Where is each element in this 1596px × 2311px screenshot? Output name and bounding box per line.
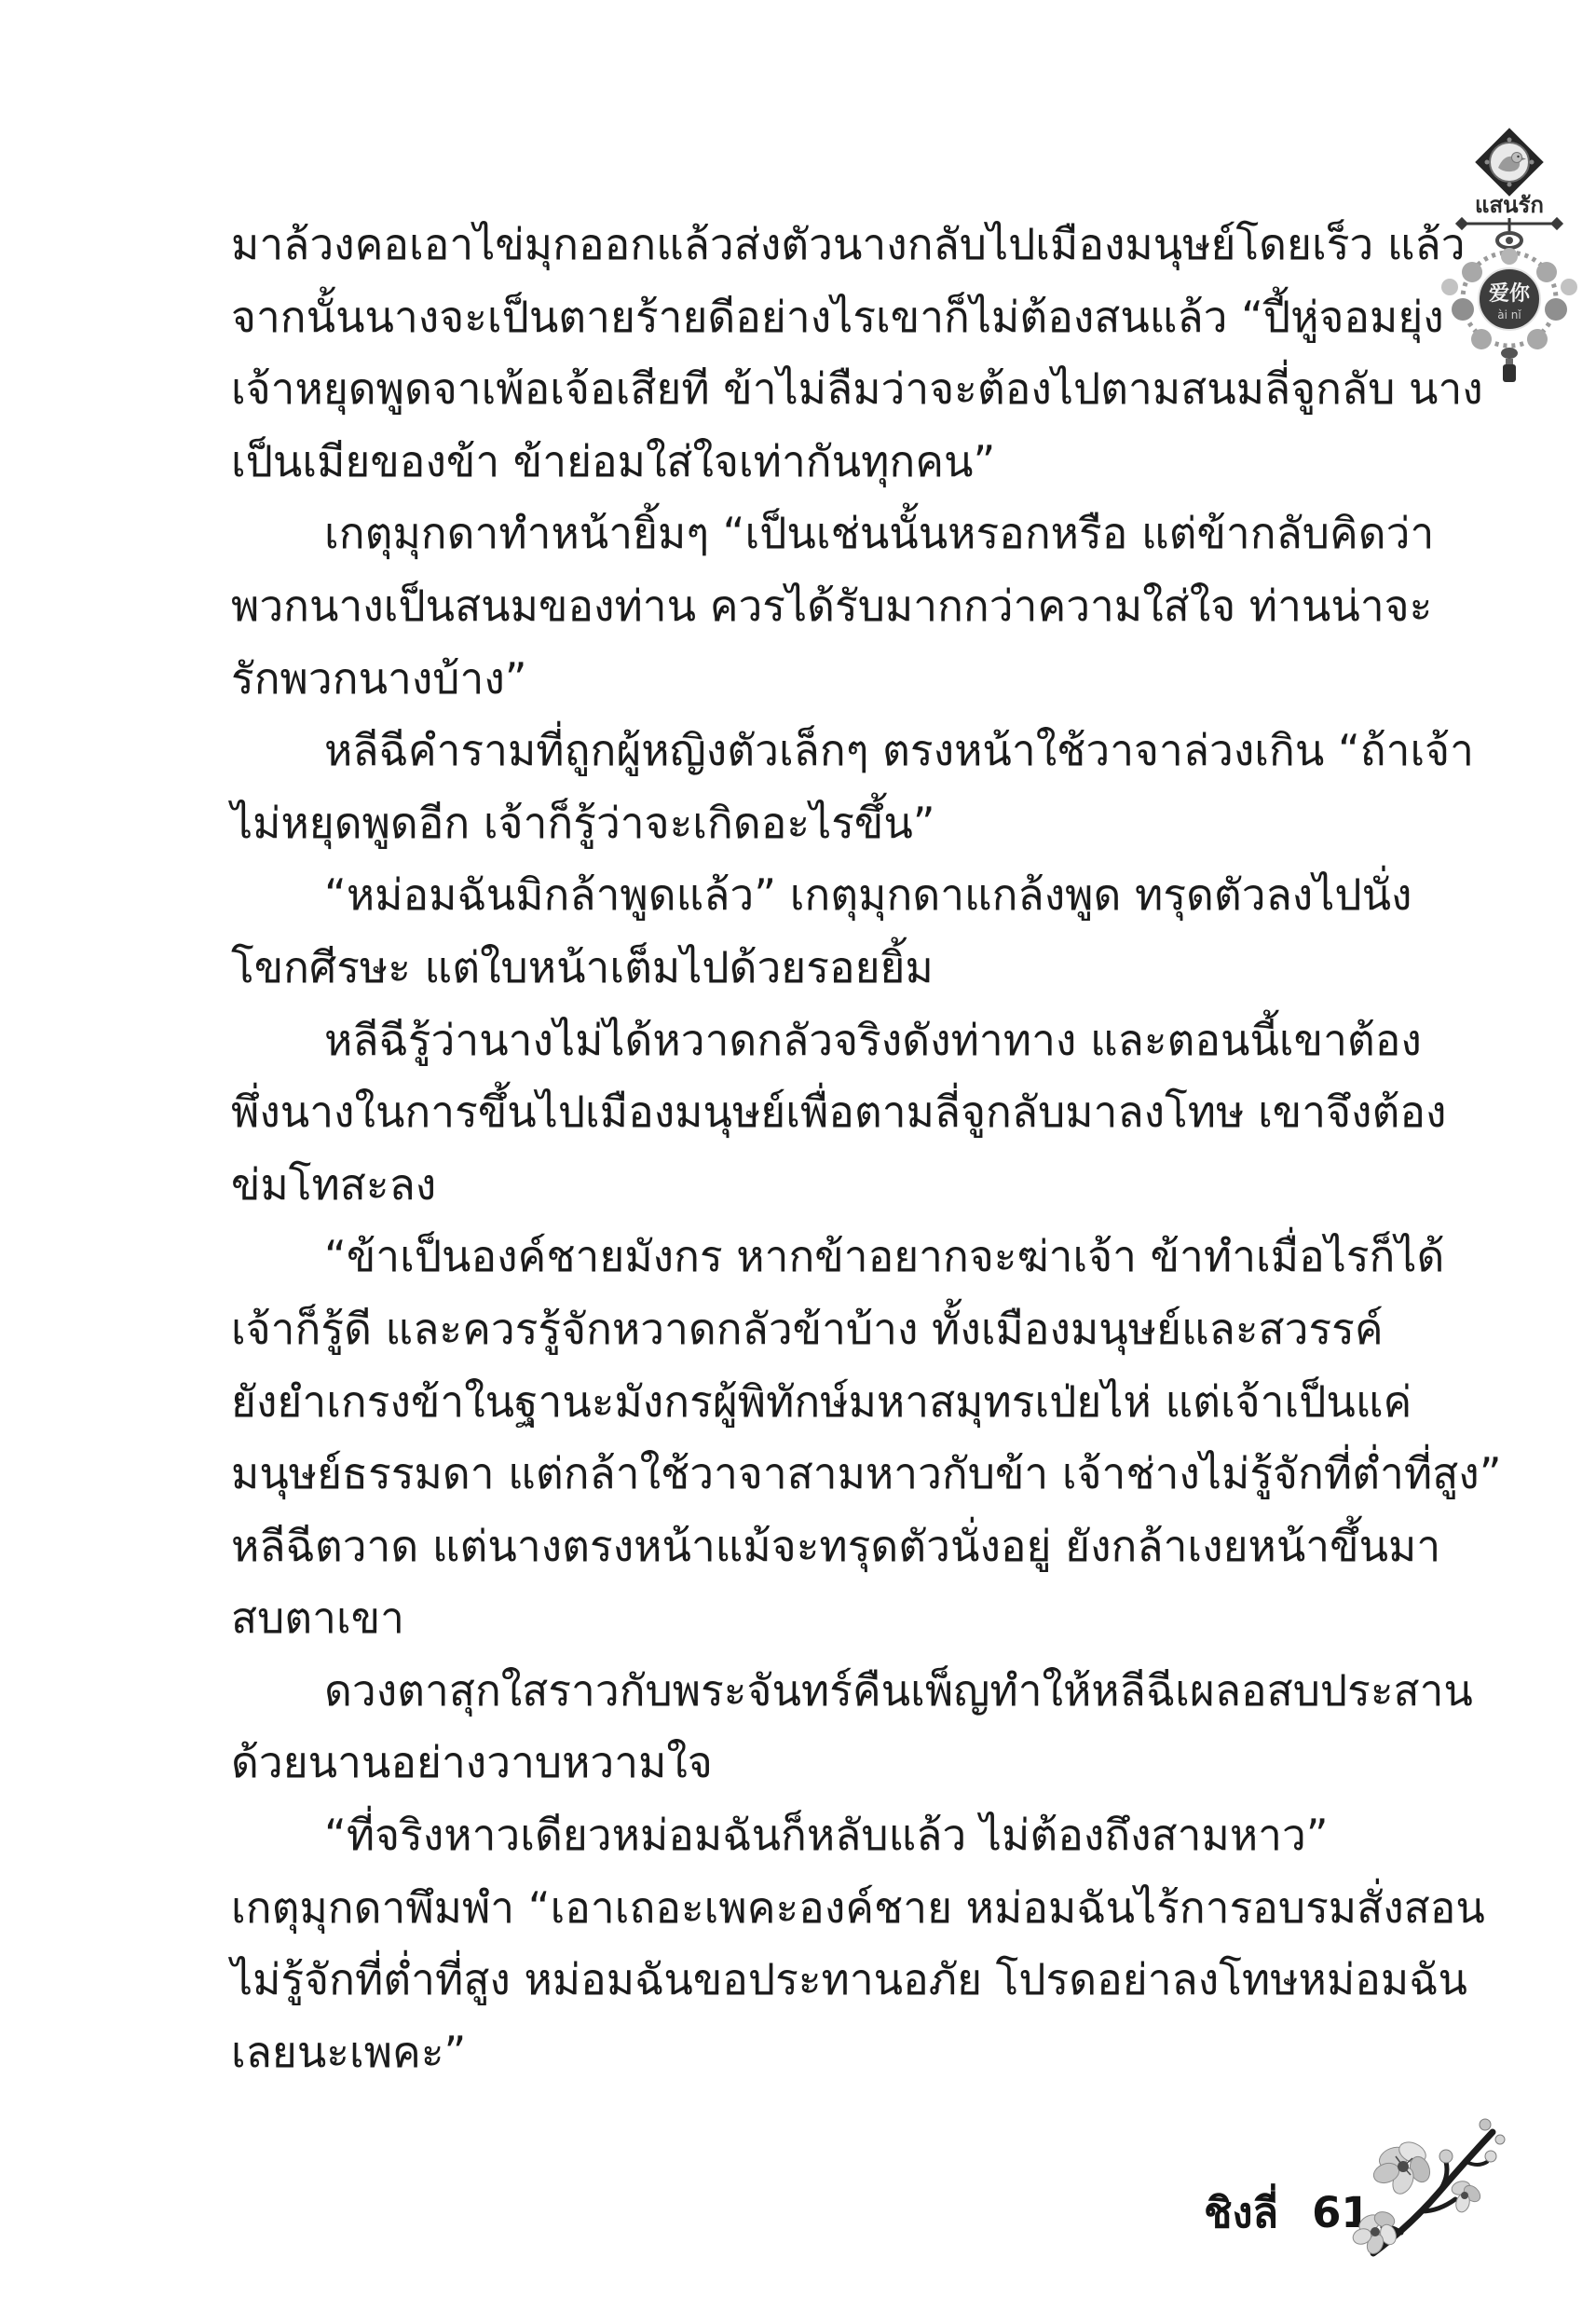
text-line: “ข้าเป็นองค์ชายมังกร หากข้าอยากจะฆ่าเจ้า…: [231, 1221, 1438, 1293]
text-line: รักพวกนางบ้าง”: [231, 643, 1438, 716]
charm-thai-label: แสนรัก: [1475, 192, 1544, 218]
charm-tassel: [1501, 348, 1518, 382]
blossom-flower-large: [1371, 2139, 1433, 2197]
body-text-block: มาล้วงคอเอาไข่มุกออกแล้วส่งตัวนางกลับไปเ…: [231, 209, 1438, 2088]
text-line: หลีฉีตวาด แต่นางตรงหน้าแม้จะทรุดตัวนั่งอ…: [231, 1511, 1438, 1583]
text-line: เจ้าหยุดพูดจาเพ้อเจ้อเสียที ข้าไม่ลืมว่า…: [231, 353, 1438, 426]
text-line: เกตุมุกดาพึมพำ “เอาเถอะเพคะองค์ชาย หม่อม…: [231, 1872, 1438, 1945]
text-line: “หม่อมฉันมิกล้าพูดแล้ว” เกตุมุกดาแกล้งพู…: [231, 859, 1438, 932]
blossom-branch-illustration: [1345, 2113, 1506, 2266]
text-line: เลยนะเพคะ”: [231, 2017, 1438, 2089]
text-line: ไม่หยุดพูดอีก เจ้าก็รู้ว่าจะเกิดอะไรขึ้น…: [231, 787, 1438, 860]
charm-bar: [1455, 217, 1563, 231]
text-line: เป็นเมียของข้า ข้าย่อมใส่ใจเท่ากันทุกคน”: [231, 426, 1438, 499]
text-line: หลีฉีคำรามที่ถูกผู้หญิงตัวเล็กๆ ตรงหน้าใ…: [231, 715, 1438, 787]
text-line: มาล้วงคอเอาไข่มุกออกแล้วส่งตัวนางกลับไปเ…: [231, 209, 1438, 281]
text-line: ด้วยนานอย่างวาบหวามใจ: [231, 1727, 1438, 1799]
footer-book-title: ชิงลี่: [1204, 2179, 1278, 2246]
blossom-flower-lower: [1351, 2209, 1398, 2257]
text-line: พึ่งนางในการขึ้นไปเมืองมนุษย์เพื่อตามลี่…: [231, 1076, 1438, 1149]
text-line: ไม่รู้จักที่ต่ำที่สูง หม่อมฉันขอประทานอภ…: [231, 1944, 1438, 2017]
text-line: จากนั้นนางจะเป็นตายร้ายดีอย่างไรเขาก็ไม่…: [231, 281, 1438, 354]
bird-diamond-medallion: [1475, 128, 1544, 197]
text-line: สบตาเขา: [231, 1582, 1438, 1655]
charm-knot: [1497, 233, 1521, 248]
charm-pinyin: ài nǐ: [1497, 308, 1521, 321]
text-line: ดวงตาสุกใสราวกับพระจันทร์คืนเพ็ญทำให้หลี…: [231, 1655, 1438, 1728]
text-line: พวกนางเป็นสนมของท่าน ควรได้รับมากกว่าควา…: [231, 570, 1438, 643]
blossom-flower-right: [1451, 2180, 1483, 2214]
charm-hanzi: 爱你: [1489, 281, 1531, 306]
blossom-graphic: [1345, 2113, 1506, 2266]
text-line: ยังยำเกรงข้าในฐานะมังกรผู้พิทักษ์มหาสมุท…: [231, 1366, 1438, 1439]
text-line: หลีฉีรู้ว่านางไม่ได้หวาดกลัวจริงดังท่าทา…: [231, 1005, 1438, 1077]
text-line: เจ้าก็รู้ดี และควรรู้จักหวาดกลัวข้าบ้าง …: [231, 1293, 1438, 1366]
text-line: โขกศีรษะ แต่ใบหน้าเต็มไปด้วยรอยยิ้ม: [231, 932, 1438, 1005]
text-line: ข่มโทสะลง: [231, 1149, 1438, 1222]
text-line: เกตุมุกดาทำหน้ายิ้มๆ “เป็นเช่นนั้นหรอกหร…: [231, 498, 1438, 570]
text-line: มนุษย์ธรรมดา แต่กล้าใช้วาจาสามหาวกับข้า …: [231, 1438, 1438, 1511]
text-line: “ที่จริงหาวเดียวหม่อมฉันก็หลับแล้ว ไม่ต้…: [231, 1799, 1438, 1872]
